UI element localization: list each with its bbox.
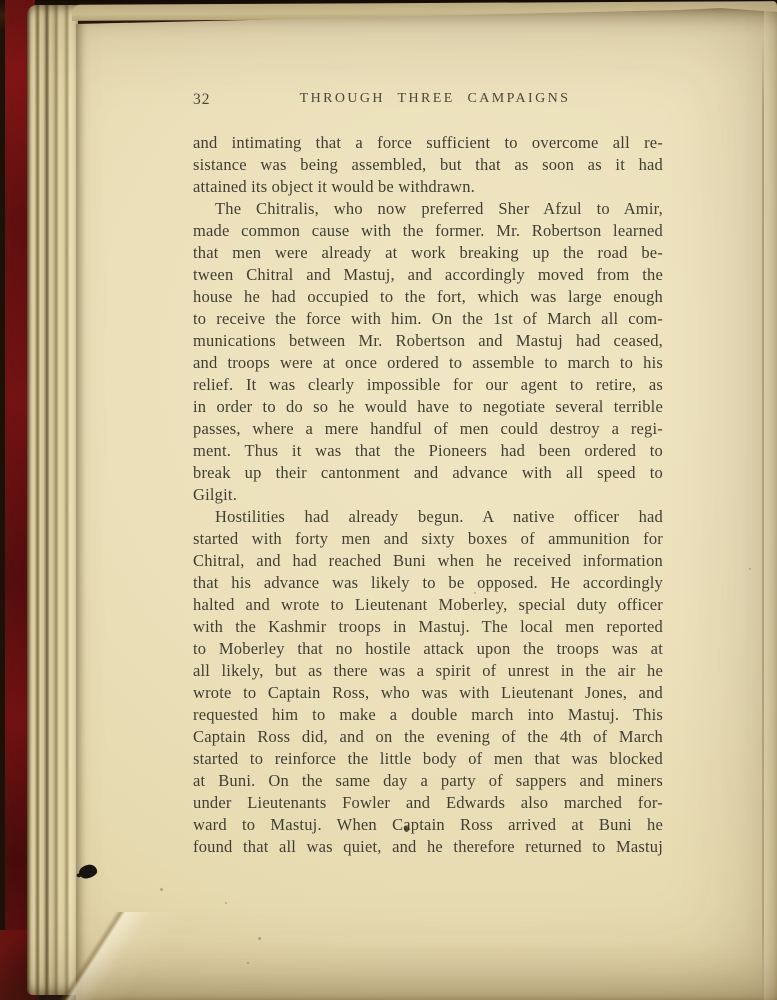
text-line: made common cause with the former. Mr. R… [193, 220, 663, 242]
book-scan: 32 THROUGH THREE CAMPAIGNS and intimatin… [0, 0, 777, 1000]
text-line: Gilgit. [193, 484, 663, 506]
text-line: that his advance was likely to be oppose… [193, 572, 663, 594]
text-line: started to reinforce the little body of … [193, 748, 663, 770]
running-title: THROUGH THREE CAMPAIGNS [193, 91, 663, 107]
text-line: sistance was being assembled, but that a… [193, 154, 663, 176]
text-line: ward to Mastuj. When Captain Ross arrive… [193, 814, 663, 836]
text-line: attained its object it would be withdraw… [193, 176, 663, 198]
text-line: with the Kashmir troops in Mastuj. The l… [193, 616, 663, 638]
text-line: ment. Thus it was that the Pioneers had … [193, 440, 663, 462]
page-number: 32 [193, 91, 211, 109]
page-header: 32 THROUGH THREE CAMPAIGNS [193, 91, 663, 111]
text-line: Captain Ross did, and on the evening of … [193, 726, 663, 748]
text-line: munications between Mr. Robertson and Ma… [193, 330, 663, 352]
page-speck [258, 937, 261, 940]
page-speck [247, 962, 249, 964]
page-speck [474, 592, 476, 594]
text-line: in order to do so he would have to negot… [193, 396, 663, 418]
text-line: Chitral, and had reached Buni when he re… [193, 550, 663, 572]
text-line: tween Chitral and Mastuj, and accordingl… [193, 264, 663, 286]
text-line: relief. It was clearly impossible for ou… [193, 374, 663, 396]
text-line: wrote to Captain Ross, who was with Lieu… [193, 682, 663, 704]
page-edge-stack [27, 5, 78, 995]
page-speck [225, 902, 227, 904]
text-line: to Moberley that no hostile attack upon … [193, 638, 663, 660]
text-line: Hostilities had already begun. A native … [193, 506, 663, 528]
page-speck [749, 568, 751, 570]
text-line: and troops were at once ordered to assem… [193, 352, 663, 374]
text-line: requested him to make a double march int… [193, 704, 663, 726]
text-line: at Buni. On the same day a party of sapp… [193, 770, 663, 792]
text-line: halted and wrote to Lieutenant Moberley,… [193, 594, 663, 616]
text-line: break up their cantonment and advance wi… [193, 462, 663, 484]
book-page: 32 THROUGH THREE CAMPAIGNS and intimatin… [76, 8, 777, 1000]
text-line: The Chitralis, who now preferred Sher Af… [193, 198, 663, 220]
text-line: all likely, but as there was a spirit of… [193, 660, 663, 682]
text-line: found that all was quiet, and he therefo… [193, 836, 663, 858]
text-line: house he had occupied to the fort, which… [193, 286, 663, 308]
text-line: under Lieutenants Fowler and Edwards als… [193, 792, 663, 814]
text-line: started with forty men and sixty boxes o… [193, 528, 663, 550]
ink-smudge [404, 826, 409, 832]
page-speck [160, 888, 163, 891]
text-line: passes, where a mere handful of men coul… [193, 418, 663, 440]
body-text: and intimating that a force sufficient t… [193, 132, 663, 858]
text-line: to receive the force with him. On the 1s… [193, 308, 663, 330]
text-line: that men were already at work breaking u… [193, 242, 663, 264]
text-line: and intimating that a force sufficient t… [193, 132, 663, 154]
